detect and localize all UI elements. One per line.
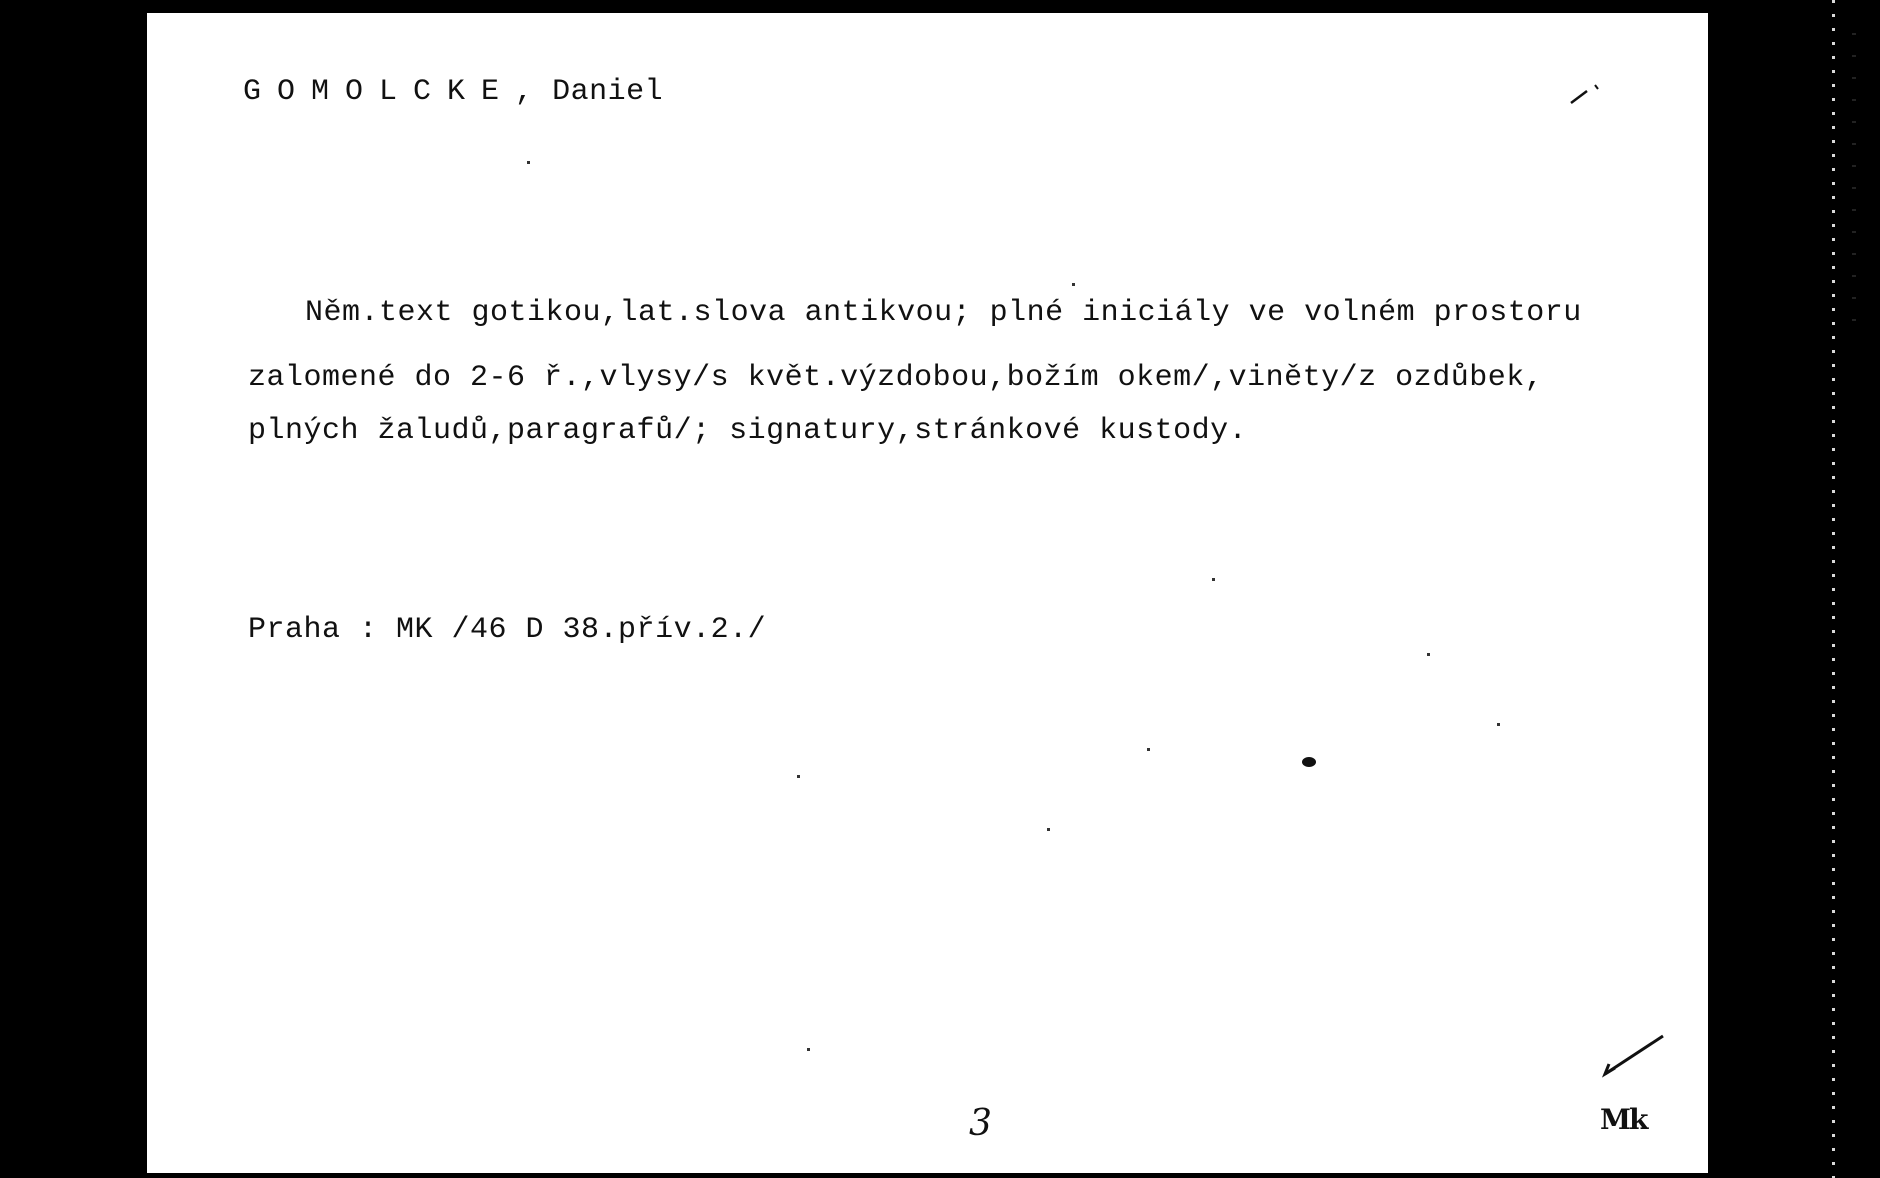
speck — [1427, 653, 1430, 656]
speck — [527, 161, 530, 164]
description-line-1: Něm.text gotikou,lat.slova antikvou; pln… — [305, 298, 1582, 328]
speck — [1047, 828, 1050, 831]
cataloguer-initials: Mk — [1600, 1103, 1646, 1136]
page-number: 3 — [969, 1103, 992, 1144]
speck — [797, 775, 800, 778]
card-edge-specks — [1852, 33, 1856, 333]
description-line-3: plných žaludů,paragrafů/; signatury,strá… — [248, 416, 1247, 446]
speck — [807, 1048, 810, 1051]
speck — [1212, 578, 1215, 581]
given-name: Daniel — [552, 75, 663, 109]
card-heading: GOMOLCKE, Daniel — [243, 77, 663, 107]
name-separator: , — [515, 75, 534, 109]
description-line-2: zalomené do 2-6 ř.,vlysy/s květ.výzdobou… — [248, 363, 1543, 393]
location-shelfmark: Praha : MK /46 D 38.přív.2./ — [248, 615, 766, 645]
surname: GOMOLCKE — [243, 75, 515, 109]
speck — [1497, 723, 1500, 726]
speck — [1072, 283, 1075, 286]
scanner-dotted-line — [1832, 0, 1835, 1178]
checkmark-icon — [1597, 1028, 1677, 1088]
speck — [1147, 748, 1150, 751]
catalog-card: GOMOLCKE, Daniel Něm.text gotikou,lat.sl… — [147, 13, 1708, 1173]
pencil-mark-icon — [1557, 73, 1617, 113]
ink-blot — [1302, 757, 1316, 767]
